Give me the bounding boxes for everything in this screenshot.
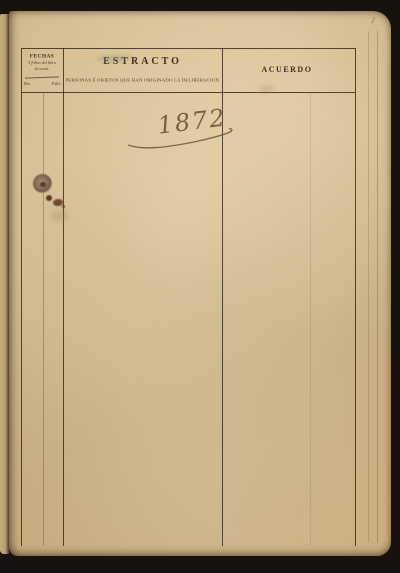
table-left-border xyxy=(21,93,22,546)
header-cell-fechas: FECHAS Y fólios del libro de actas. Día.… xyxy=(21,48,63,93)
ink-stain-dot xyxy=(46,195,52,201)
acuerdo-title: ACUERDO xyxy=(261,65,312,74)
fechas-subcolumn-rule xyxy=(43,93,44,546)
handwritten-year-annotation: 1872 xyxy=(124,96,254,154)
page-number: 1 xyxy=(370,15,376,26)
ink-stain-speck xyxy=(62,205,65,208)
fechas-inner-rule xyxy=(25,76,59,78)
estracto-column-rule xyxy=(222,93,223,546)
table-right-border xyxy=(355,93,356,546)
estracto-subtitle: PERSONAS É OBJETOS QUE HAN ORIGINADO LA … xyxy=(65,77,220,82)
page-edge-streak xyxy=(368,31,369,542)
faint-smudge xyxy=(259,85,274,93)
faded-stain xyxy=(51,210,68,222)
paper-fold-line xyxy=(310,93,311,546)
underlying-page-edge xyxy=(0,14,9,554)
handwritten-year-text: 1872 xyxy=(156,103,228,139)
ledger-page: 1 FECHAS Y fólios del libro de actas. Dí… xyxy=(9,11,391,556)
header-cell-estracto: ESTRACTO PERSONAS É OBJETOS QUE HAN ORIG… xyxy=(63,48,222,93)
header-cell-acuerdo: ACUERDO xyxy=(222,48,356,93)
fechas-column-rule xyxy=(63,93,64,546)
fechas-sub-right: Fólio. xyxy=(52,82,62,87)
ink-stain-core xyxy=(40,182,46,187)
fechas-sub-left: Día. xyxy=(24,82,31,87)
fechas-note-line1: Y fólios del libro xyxy=(28,61,56,66)
scanned-register-background: 1 FECHAS Y fólios del libro de actas. Dí… xyxy=(0,0,400,573)
fechas-title: FECHAS xyxy=(30,53,54,59)
page-edge-streak xyxy=(377,31,378,542)
fechas-note-line2: de actas. xyxy=(35,67,50,72)
